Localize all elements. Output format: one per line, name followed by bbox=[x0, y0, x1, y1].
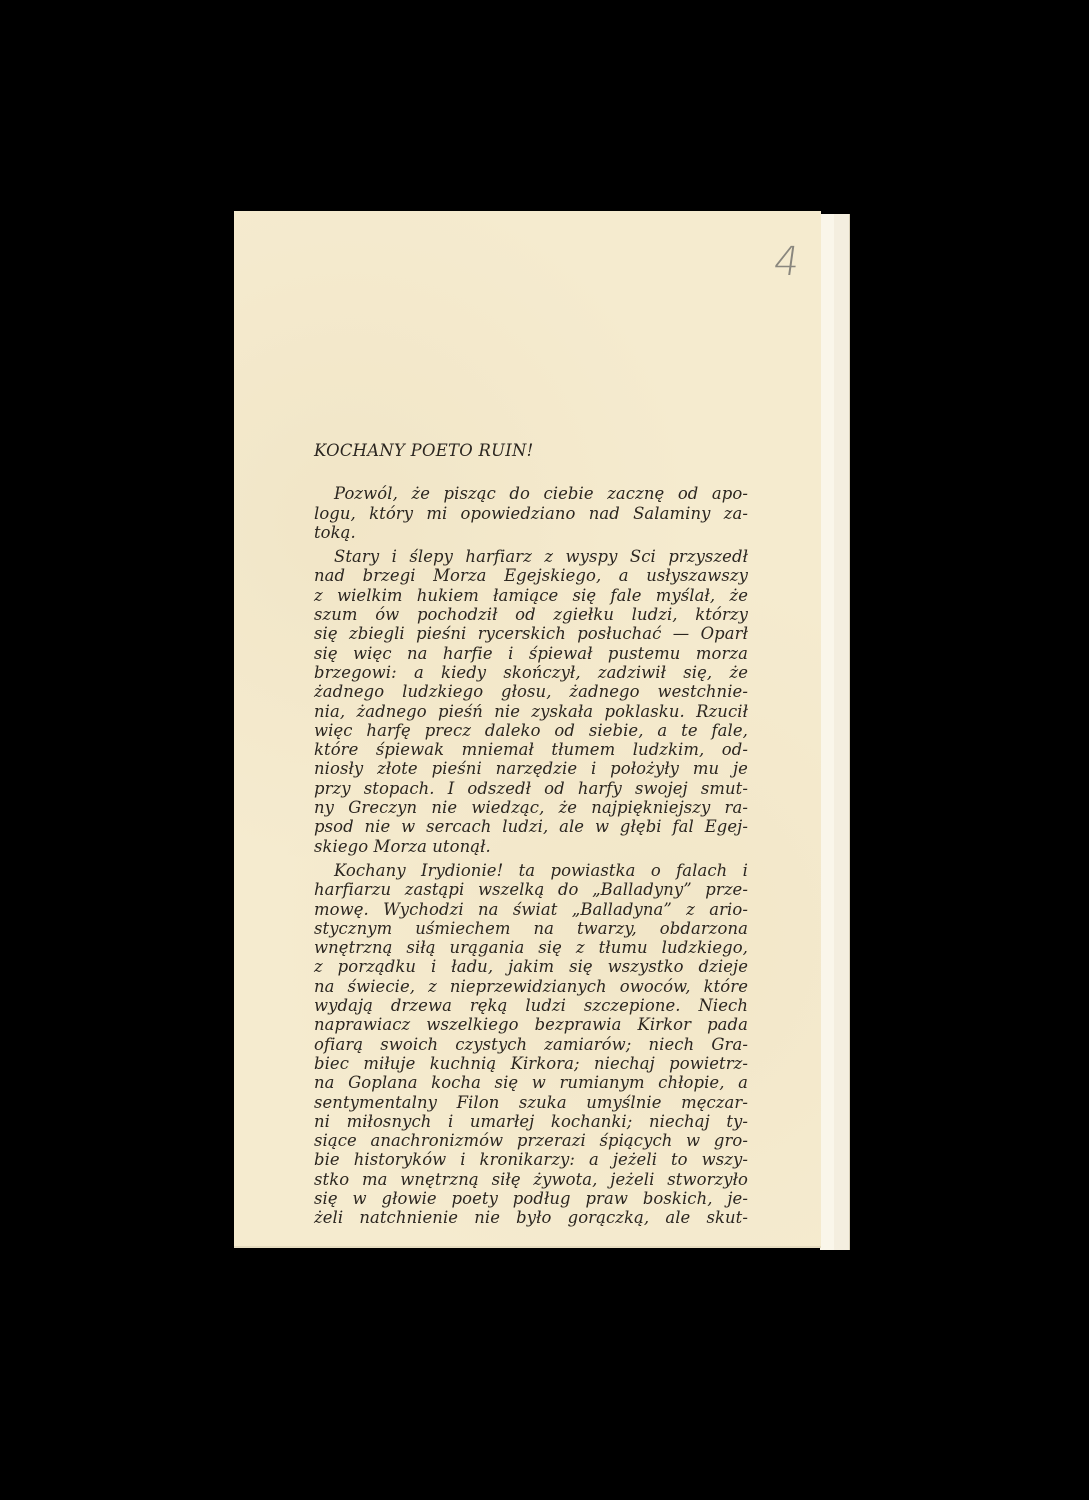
text-line: bie historyków i kronikarzy: a jeżeli to… bbox=[314, 1150, 748, 1169]
text-line: sentymentalny Filon szuka umyślnie męcza… bbox=[314, 1093, 748, 1112]
text-line: na Goplana kocha się w rumianym chłopie,… bbox=[314, 1073, 748, 1092]
text-line: niosły złote pieśni narzędzie i położyły… bbox=[314, 759, 748, 778]
text-line: na świecie, z nieprzewidzianych owoców, … bbox=[314, 977, 748, 996]
handwritten-page-number: 4 bbox=[771, 239, 803, 285]
text-line: ofiarą swoich czystych zamiarów; niech G… bbox=[314, 1035, 748, 1054]
letter-body: KOCHANY POETO RUIN! Pozwól, że pisząc do… bbox=[314, 441, 748, 1233]
text-line: nad brzegi Morza Egejskiego, a usłyszaws… bbox=[314, 566, 748, 585]
text-line: się w głowie poety podług praw boskich, … bbox=[314, 1189, 748, 1208]
paragraph-1: Pozwól, że pisząc do ciebie zacznę od ap… bbox=[314, 484, 748, 542]
text-line: ni miłosnych i umarłej kochanki; niechaj… bbox=[314, 1112, 748, 1131]
text-line: Pozwól, że pisząc do ciebie zacznę od ap… bbox=[314, 484, 748, 503]
text-line: wydają drzewa ręką ludzi szczepione. Nie… bbox=[314, 996, 748, 1015]
text-line: brzegowi: a kiedy skończył, zadziwił się… bbox=[314, 663, 748, 682]
text-line: ny Greczyn nie wiedząc, że najpiękniejsz… bbox=[314, 798, 748, 817]
text-line: z wielkim hukiem łamiące się fale myślał… bbox=[314, 586, 748, 605]
text-line: naprawiacz wszelkiego bezprawia Kirkor p… bbox=[314, 1015, 748, 1034]
letter-salutation: KOCHANY POETO RUIN! bbox=[314, 441, 748, 460]
text-line: toką. bbox=[314, 523, 748, 542]
text-line: szum ów pochodził od zgiełku ludzi, któr… bbox=[314, 605, 748, 624]
text-line: nia, żadnego pieśń nie zyskała poklasku.… bbox=[314, 702, 748, 721]
text-line: mowę. Wychodzi na świat „Balladyna” z ar… bbox=[314, 900, 748, 919]
text-line: przy stopach. I odszedł od harfy swojej … bbox=[314, 779, 748, 798]
text-line: Kochany Irydionie! ta powiastka o falach… bbox=[314, 861, 748, 880]
text-line: się więc na harfie i śpiewał pustemu mor… bbox=[314, 644, 748, 663]
text-line: siące anachronizmów przerazi śpiących w … bbox=[314, 1131, 748, 1150]
text-line: więc harfę precz daleko od siebie, a te … bbox=[314, 721, 748, 740]
text-line: się zbiegli pieśni rycerskich posłuchać … bbox=[314, 624, 748, 643]
text-line: z porządku i ładu, jakim się wszystko dz… bbox=[314, 957, 748, 976]
text-line: logu, który mi opowiedziano nad Salaminy… bbox=[314, 504, 748, 523]
text-line: Stary i ślepy harfiarz z wyspy Sci przys… bbox=[314, 547, 748, 566]
document-page: 4 KOCHANY POETO RUIN! Pozwól, że pisząc … bbox=[234, 211, 821, 1246]
paragraph-3: Kochany Irydionie! ta powiastka o falach… bbox=[314, 861, 748, 1228]
text-line: które śpiewak mniemał tłumem ludzkim, od… bbox=[314, 740, 748, 759]
text-line: skiego Morza utonął. bbox=[314, 837, 748, 856]
underlying-sheet-edge-inner bbox=[820, 214, 834, 1250]
text-line: stko ma wnętrzną siłę żywota, jeżeli stw… bbox=[314, 1170, 748, 1189]
text-line: biec miłuje kuchnią Kirkora; niechaj pow… bbox=[314, 1054, 748, 1073]
text-line: psod nie w sercach ludzi, ale w głębi fa… bbox=[314, 817, 748, 836]
text-line: wnętrzną siłą urągania się z tłumu ludzk… bbox=[314, 938, 748, 957]
text-line: stycznym uśmiechem na twarzy, obdarzona bbox=[314, 919, 748, 938]
text-line: harfiarzu zastąpi wszelką do „Balladyny”… bbox=[314, 880, 748, 899]
text-line: żeli natchnienie nie było gorączką, ale … bbox=[314, 1208, 748, 1227]
text-line: żadnego ludzkiego głosu, żadnego westchn… bbox=[314, 682, 748, 701]
paragraph-2: Stary i ślepy harfiarz z wyspy Sci przys… bbox=[314, 547, 748, 856]
